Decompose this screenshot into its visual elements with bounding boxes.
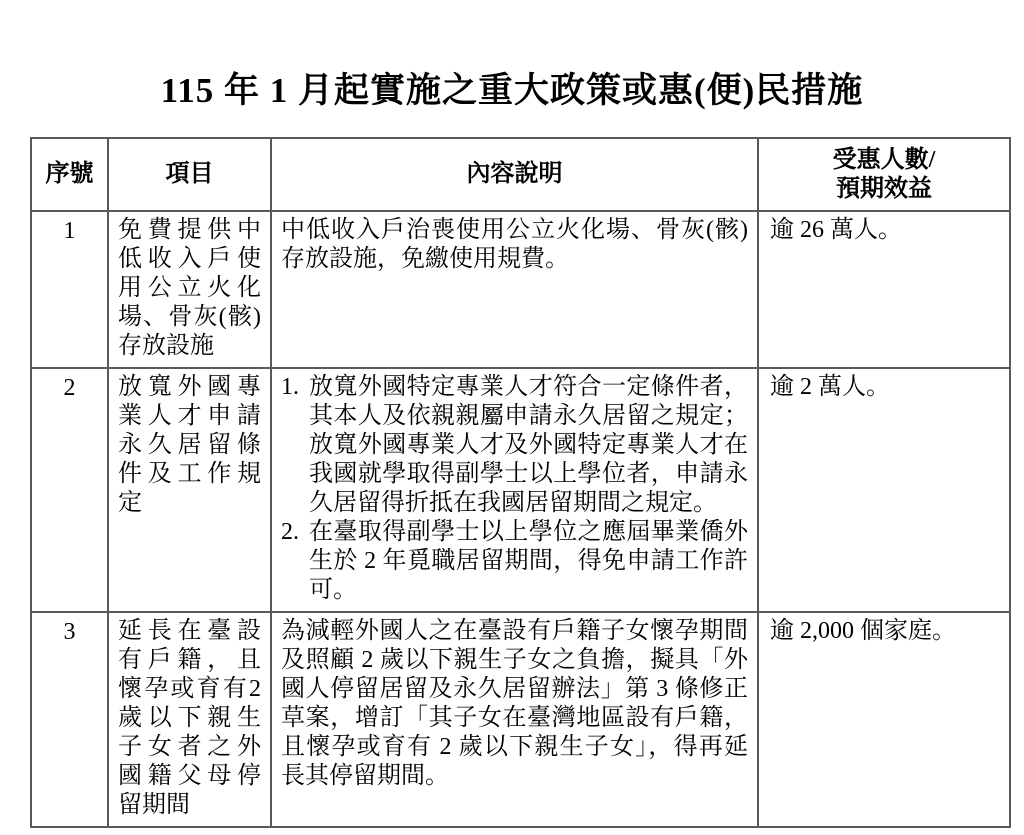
serial-cell-row3: 3: [31, 612, 108, 827]
policy-table: 序號 項目 內容說明 受惠人數/ 預期效益 1 免費提供中低收入戶使用公立火化場…: [30, 137, 1011, 828]
description-cell-row1: 中低收入戶治喪使用公立火化場、骨灰(骸)存放設施，免繳使用規費。: [271, 211, 758, 368]
list-text-1: 放寬外國特定專業人才符合一定條件者，其本人及依親親屬申請永久居留之規定；放寬外國…: [309, 373, 748, 518]
benefit-cell-row1: 逾 26 萬人。: [758, 211, 1010, 368]
description-cell-row2: 1. 放寬外國特定專業人才符合一定條件者，其本人及依親親屬申請永久居留之規定；放…: [271, 368, 758, 612]
table-row-3: 3 延長在臺設有戶籍，且懷孕或育有2歲以下親生子女者之外國籍父母停留期間 為減輕…: [31, 612, 1010, 827]
table-header-row: 序號 項目 內容說明 受惠人數/ 預期效益: [31, 138, 1010, 211]
header-beneficiaries: 受惠人數/ 預期效益: [758, 138, 1010, 211]
table-row-1: 1 免費提供中低收入戶使用公立火化場、骨灰(骸)存放設施 中低收入戶治喪使用公立…: [31, 211, 1010, 368]
item-cell-row1: 免費提供中低收入戶使用公立火化場、骨灰(骸)存放設施: [108, 211, 271, 368]
description-list-item-1: 1. 放寬外國特定專業人才符合一定條件者，其本人及依親親屬申請永久居留之規定；放…: [281, 373, 748, 518]
list-number-1: 1.: [281, 373, 309, 518]
description-cell-row3: 為減輕外國人之在臺設有戶籍子女懷孕期間及照顧 2 歲以下親生子女之負擔，擬具「外…: [271, 612, 758, 827]
document-page: 115 年 1 月起實施之重大政策或惠(便)民措施 序號 項目 內容說明 受惠人…: [0, 0, 1024, 835]
serial-cell-row2: 2: [31, 368, 108, 612]
item-cell-row2: 放寬外國專業人才申請永久居留條件及工作規定: [108, 368, 271, 612]
item-cell-row3: 延長在臺設有戶籍，且懷孕或育有2歲以下親生子女者之外國籍父母停留期間: [108, 612, 271, 827]
header-description: 內容說明: [271, 138, 758, 211]
document-title: 115 年 1 月起實施之重大政策或惠(便)民措施: [0, 70, 1024, 112]
serial-cell-row1: 1: [31, 211, 108, 368]
header-item: 項目: [108, 138, 271, 211]
header-serial-number: 序號: [31, 138, 108, 211]
benefit-cell-row2: 逾 2 萬人。: [758, 368, 1010, 612]
header-beneficiaries-line2: 預期效益: [763, 175, 1005, 204]
description-list-item-2: 2. 在臺取得副學士以上學位之應屆畢業僑外生於 2 年覓職居留期間，得免申請工作…: [281, 518, 748, 605]
benefit-cell-row3: 逾 2,000 個家庭。: [758, 612, 1010, 827]
table-row-2: 2 放寬外國專業人才申請永久居留條件及工作規定 1. 放寬外國特定專業人才符合一…: [31, 368, 1010, 612]
list-text-2: 在臺取得副學士以上學位之應屆畢業僑外生於 2 年覓職居留期間，得免申請工作許可。: [309, 518, 748, 605]
list-number-2: 2.: [281, 518, 309, 605]
header-beneficiaries-line1: 受惠人數/: [763, 146, 1005, 175]
